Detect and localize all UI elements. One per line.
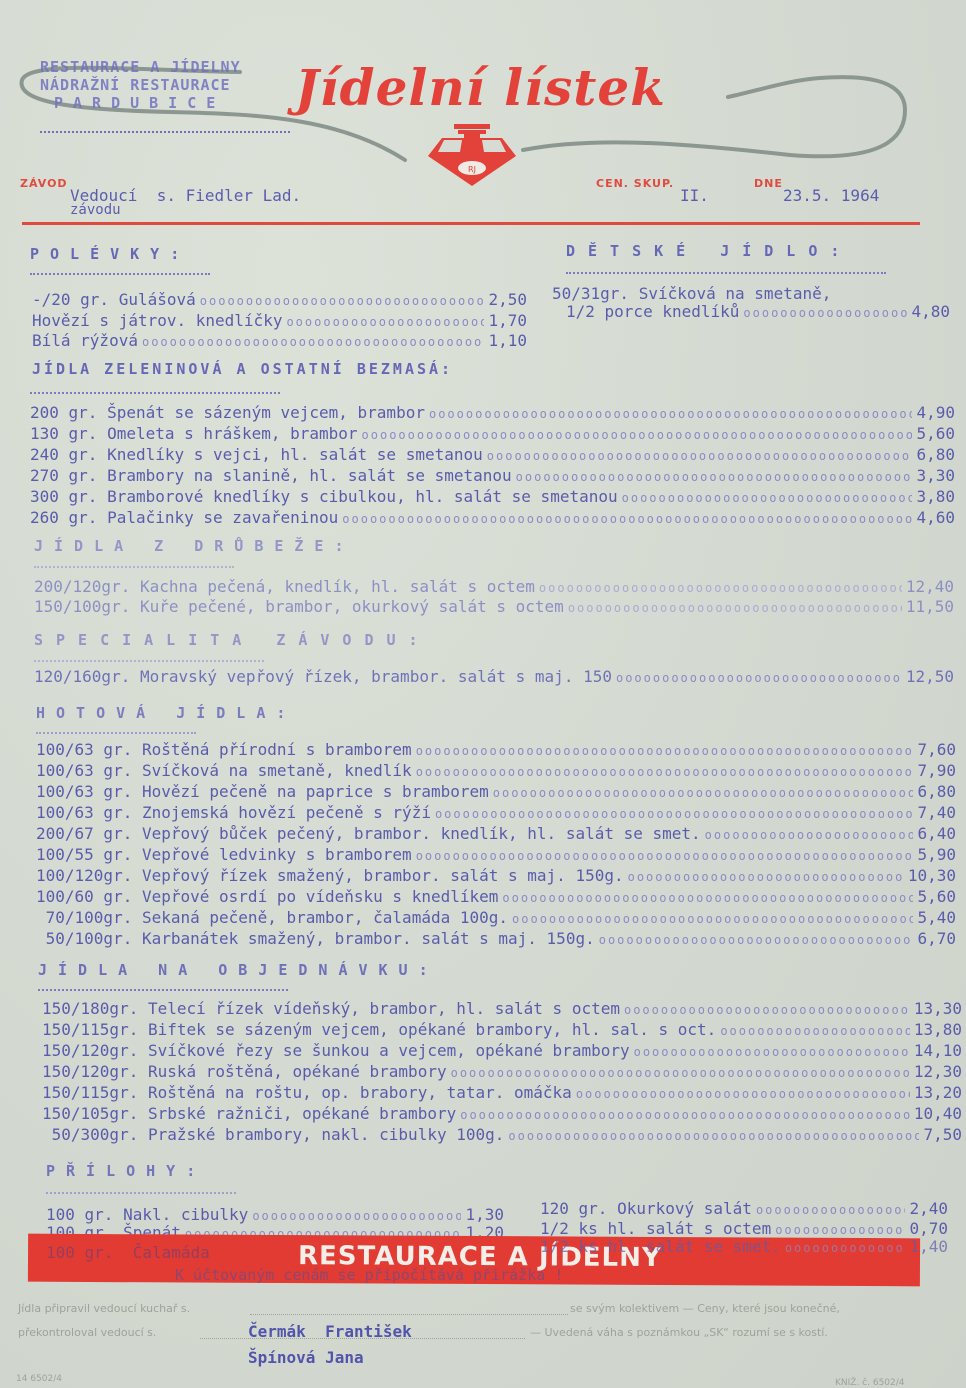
zavod-label: ZÁVOD xyxy=(20,177,68,190)
item-weight: 260 gr. xyxy=(30,507,97,528)
leader-dots xyxy=(743,303,907,324)
footer-weight-note: — Uvedená váha s poznámkou „SK“ rozumí s… xyxy=(530,1326,828,1339)
item-price: 3,30 xyxy=(916,465,955,486)
item-price: 14,10 xyxy=(914,1040,962,1061)
section-rule xyxy=(38,989,288,991)
section-rule xyxy=(46,1192,236,1194)
item-name: Sekaná pečeně, brambor, čalamáda 100g. xyxy=(142,907,508,928)
menu-item: 300 gr. Bramborové knedlíky s cibulkou, … xyxy=(30,486,955,509)
section-rule xyxy=(36,732,196,734)
item-name: Gulášová xyxy=(119,289,196,310)
menu-item: 100/60 gr. Vepřové osrdí po vídeňsku s k… xyxy=(36,886,956,909)
section-rule xyxy=(30,273,210,275)
leader-dots xyxy=(502,888,913,909)
item-name: Biftek se sázeným vejcem, opékané brambo… xyxy=(148,1019,716,1040)
item-name: Hovězí pečeně na paprice s bramborem xyxy=(142,781,489,802)
item-price: 11,50 xyxy=(906,596,954,617)
item-name: Roštěná na roštu, op. brabory, tatar. om… xyxy=(148,1082,572,1103)
item-weight: 100/60 gr. xyxy=(36,886,132,907)
side-item: 1/2 ks hl. salát se smet.1,40 xyxy=(540,1236,948,1259)
restaurant-emblem-icon: RJ xyxy=(424,122,520,188)
leader-dots xyxy=(599,930,914,951)
item-weight: 150/180gr. xyxy=(42,998,138,1019)
leader-dots xyxy=(508,1126,919,1147)
menu-item: 100/55 gr. Vepřové ledvinky s bramborem5… xyxy=(36,844,956,867)
item-name: 1/2 porce knedlíků xyxy=(566,301,739,322)
item-price: 4,90 xyxy=(916,402,955,423)
item-name: Vepřový řízek smažený, brambor. salát s … xyxy=(142,865,624,886)
item-name: Špenát se sázeným vejcem, brambor xyxy=(107,402,425,423)
leader-dots xyxy=(460,1105,910,1126)
item-price: 13,20 xyxy=(914,1082,962,1103)
item-weight: 100/55 gr. xyxy=(36,844,132,865)
item-name: Pražské brambory, nakl. cibulky 100g. xyxy=(148,1124,504,1145)
menu-item: 120/160gr. Moravský vepřový řízek, bramb… xyxy=(34,666,954,689)
item-weight: 200/120gr. xyxy=(34,576,130,597)
menu-item: 150/180gr. Telecí řízek vídeňský, brambo… xyxy=(42,998,962,1021)
item-name: Bramborové knedlíky s cibulkou, hl. salá… xyxy=(107,486,618,507)
item-weight: 100/63 gr. xyxy=(36,739,132,760)
zavod-value-line-2: závodu xyxy=(70,202,121,218)
leader-dots xyxy=(705,825,914,846)
leader-dots xyxy=(142,332,485,353)
item-price: 6,70 xyxy=(917,928,956,949)
section-rule xyxy=(30,392,280,394)
item-name: Hovězí s játrov. knedlíčky xyxy=(32,310,282,331)
menu-item: 100/63 gr. Znojemská hovězí pečeně s rýž… xyxy=(36,802,956,825)
form-code: 14 6502/4 xyxy=(16,1374,62,1384)
item-name: Ruská roštěná, opékané brambory xyxy=(148,1061,447,1082)
menu-item: 150/120gr. Svíčkové řezy se šunkou a vej… xyxy=(42,1040,962,1063)
item-weight: 150/120gr. xyxy=(42,1061,138,1082)
cen-skup-label: CEN. SKUP. xyxy=(596,177,674,190)
leader-dots xyxy=(568,598,902,619)
item-weight: 1/2 ks xyxy=(540,1236,598,1257)
item-price: 5,90 xyxy=(917,844,956,865)
menu-item: 260 gr. Palačinky se zavařeninou4,60 xyxy=(30,507,955,530)
item-weight: 100/63 gr. xyxy=(36,802,132,823)
section-title-detske: DĚTSKÉ JÍDLO: xyxy=(566,242,852,260)
item-name: Okurkový salát xyxy=(617,1198,752,1219)
leader-dots xyxy=(200,291,485,312)
item-name: Roštěná přírodní s bramborem xyxy=(142,739,412,760)
item-name: Omeleta s hráškem, brambor xyxy=(107,423,357,444)
item-price: 13,80 xyxy=(914,1019,962,1040)
item-price: 12,50 xyxy=(906,666,954,687)
leader-dots xyxy=(576,1084,910,1105)
leader-dots xyxy=(416,846,914,867)
footer-prepared-note: se svým kolektivem — Ceny, které jsou ko… xyxy=(570,1302,840,1315)
item-weight: 100/63 gr. xyxy=(36,781,132,802)
item-weight: 130 gr. xyxy=(30,423,97,444)
item-name: Bílá rýžová xyxy=(32,330,138,351)
leader-dots xyxy=(616,668,902,689)
signature-cook: Čermák František xyxy=(248,1322,412,1341)
item-price: 10,40 xyxy=(914,1103,962,1124)
svg-text:RJ: RJ xyxy=(468,165,476,174)
item-weight: 150/105gr. xyxy=(42,1103,138,1124)
item-price: 5,60 xyxy=(917,886,956,907)
section-title-polevky: POLÉVKY: xyxy=(30,245,190,263)
item-price: 4,80 xyxy=(911,301,950,322)
header-divider xyxy=(22,222,920,225)
leader-dots xyxy=(487,446,913,467)
menu-item: -/20 gr. Gulášová 2,50 xyxy=(32,289,527,312)
item-name: Znojemská hovězí pečeně s rýží xyxy=(142,802,431,823)
section-rule xyxy=(34,566,234,568)
menu-item: 240 gr. Knedlíky s vejci, hl. salát se s… xyxy=(30,444,955,467)
leader-dots xyxy=(622,488,913,509)
menu-item: 130 gr. Omeleta s hráškem, brambor5,60 xyxy=(30,423,955,446)
item-name: Srbské ražniči, opékané brambory xyxy=(148,1103,456,1124)
item-price: 7,40 xyxy=(917,802,956,823)
signature-manager: Špínová Jana xyxy=(248,1348,364,1367)
item-weight: 150/115gr. xyxy=(42,1082,138,1103)
item-name: Svíčkové řezy se šunkou a vejcem, opékan… xyxy=(148,1040,630,1061)
item-weight: 120 gr. xyxy=(540,1198,607,1219)
item-price: 12,30 xyxy=(914,1061,962,1082)
item-price: 6,80 xyxy=(917,781,956,802)
item-weight: 100/120gr. xyxy=(36,865,132,886)
leader-dots xyxy=(516,467,913,488)
item-price: 1,40 xyxy=(909,1236,948,1257)
item-price: 10,30 xyxy=(908,865,956,886)
item-price: 1,70 xyxy=(488,310,527,331)
item-price: 1,10 xyxy=(488,330,527,351)
item-name: Kuře pečené, brambor, okurkový salát s o… xyxy=(140,596,564,617)
item-price: 6,80 xyxy=(916,444,955,465)
item-name: Telecí řízek vídeňský, brambor, hl. salá… xyxy=(148,998,620,1019)
footer-blank-line xyxy=(250,1314,568,1315)
item-price: 7,90 xyxy=(917,760,956,781)
section-rule xyxy=(34,660,264,662)
stamp-line-2: NÁDRAŽNÍ RESTAURACE xyxy=(40,76,241,94)
leader-dots xyxy=(362,425,913,446)
item-name: Čalamáda xyxy=(133,1242,210,1263)
stamp-underline xyxy=(40,131,290,133)
item-weight: 50/300gr. xyxy=(42,1124,138,1145)
menu-item: 100/120gr. Vepřový řízek smažený, brambo… xyxy=(36,865,956,888)
item-name: Vepřové ledvinky s bramborem xyxy=(142,844,412,865)
menu-item: 50/300gr. Pražské brambory, nakl. cibulk… xyxy=(42,1124,962,1147)
leader-dots xyxy=(634,1042,910,1063)
item-weight: 200 gr. xyxy=(30,402,97,423)
item-price: 5,60 xyxy=(916,423,955,444)
leader-dots xyxy=(416,762,914,783)
item-name: Karbanátek smažený, brambor. salát s maj… xyxy=(142,928,595,949)
item-weight: 100/63 gr. xyxy=(36,760,132,781)
item-name: Svíčková na smetaně, knedlík xyxy=(142,760,412,781)
item-weight: 150/120gr. xyxy=(42,1040,138,1061)
menu-item-detske-line-2: 1/2 porce knedlíků 4,80 xyxy=(566,301,950,324)
leader-dots xyxy=(720,1021,910,1042)
section-rule xyxy=(566,272,886,274)
item-weight: 200/67 gr. xyxy=(36,823,132,844)
restaurant-stamp: RESTAURACE A JÍDELNY NÁDRAŽNÍ RESTAURACE… xyxy=(40,58,241,112)
item-weight: 270 gr. xyxy=(30,465,97,486)
menu-item: 100/63 gr. Roštěná přírodní s bramborem7… xyxy=(36,739,956,762)
menu-item: 150/115gr. Biftek se sázeným vejcem, opé… xyxy=(42,1019,962,1042)
section-title-objednavka: JÍDLA NA OBJEDNÁVKU: xyxy=(38,961,439,979)
item-weight: -/20 gr. xyxy=(32,289,109,310)
menu-item: 150/115gr. Roštěná na roštu, op. brabory… xyxy=(42,1082,962,1105)
section-title-zeleninova: JÍDLA ZELENINOVÁ A OSTATNÍ BEZMASÁ: xyxy=(32,360,453,378)
date-value: 23.5. 1964 xyxy=(783,186,879,205)
item-price: 12,40 xyxy=(906,576,954,597)
footer-prepared-label: Jídla připravil vedoucí kuchař s. xyxy=(18,1302,190,1315)
item-name: Knedlíky s vejci, hl. salát se smetanou xyxy=(107,444,483,465)
item-weight: 240 gr. xyxy=(30,444,97,465)
item-name: Vepřový bůček pečený, brambor. knedlík, … xyxy=(142,823,701,844)
section-title-drubez: JÍDLA Z DRŮBEŽE: xyxy=(34,537,355,555)
item-name: hl. salát se smet. xyxy=(607,1236,780,1257)
page-title: Jídelní lístek xyxy=(295,58,666,117)
leader-dots xyxy=(429,404,913,425)
item-price: 7,50 xyxy=(923,1124,962,1145)
item-weight: 300 gr. xyxy=(30,486,97,507)
section-title-prilohy: PŘÍLOHY: xyxy=(46,1162,206,1180)
item-weight: 50/100gr. xyxy=(36,928,132,949)
item-name: Moravský vepřový řízek, brambor. salát s… xyxy=(140,666,612,687)
leader-dots xyxy=(628,867,904,888)
menu-item: 70/100gr. Sekaná pečeně, brambor, čalamá… xyxy=(36,907,956,930)
leader-dots xyxy=(435,804,914,825)
dne-label: DNE xyxy=(754,177,783,190)
leader-dots xyxy=(493,783,914,804)
item-price: 2,50 xyxy=(488,289,527,310)
item-weight: 150/115gr. xyxy=(42,1019,138,1040)
side-item-overprinted: 100 gr. Čalamáda xyxy=(46,1242,406,1263)
item-name: Kachna pečená, knedlík, hl. salát s octe… xyxy=(140,576,535,597)
item-weight: 150/100gr. xyxy=(34,596,130,617)
item-price: 13,30 xyxy=(914,998,962,1019)
leader-dots xyxy=(624,1000,910,1021)
menu-item: 100/63 gr. Hovězí pečeně na paprice s br… xyxy=(36,781,956,804)
leader-dots xyxy=(451,1063,910,1084)
item-name: Vepřové osrdí po vídeňsku s knedlíkem xyxy=(142,886,498,907)
item-price: 4,60 xyxy=(916,507,955,528)
menu-item: 150/100gr. Kuře pečené, brambor, okurkov… xyxy=(34,596,954,619)
section-title-hotova: HOTOVÁ JÍDLA: xyxy=(36,704,296,722)
leader-dots xyxy=(416,741,914,762)
item-price: 7,60 xyxy=(917,739,956,760)
item-weight: 120/160gr. xyxy=(34,666,130,687)
menu-item: 100/63 gr. Svíčková na smetaně, knedlík7… xyxy=(36,760,956,783)
cen-skup-value: II. xyxy=(680,186,709,205)
menu-item: 200 gr. Špenát se sázeným vejcem, brambo… xyxy=(30,402,955,425)
surcharge-note: K účtovaným cenám se připočítává přirážk… xyxy=(175,1266,563,1284)
stamp-line-3: PARDUBICE xyxy=(40,94,241,112)
leader-dots xyxy=(785,1238,906,1259)
stamp-line-1: RESTAURACE A JÍDELNY xyxy=(40,58,241,76)
menu-item: 270 gr. Brambory na slanině, hl. salát s… xyxy=(30,465,955,488)
item-weight: 70/100gr. xyxy=(36,907,132,928)
leader-dots xyxy=(512,909,913,930)
form-code-right: KNIŽ. č. 6502/4 xyxy=(835,1378,905,1388)
item-weight: 100 gr. xyxy=(46,1242,113,1263)
item-price: 2,40 xyxy=(909,1198,948,1219)
item-price: 5,40 xyxy=(917,907,956,928)
menu-item: 200/67 gr. Vepřový bůček pečený, brambor… xyxy=(36,823,956,846)
menu-item: 150/120gr. Ruská roštěná, opékané brambo… xyxy=(42,1061,962,1084)
item-name: Brambory na slanině, hl. salát se smetan… xyxy=(107,465,512,486)
footer-checked-label: překontroloval vedoucí s. xyxy=(18,1326,156,1339)
leader-dots xyxy=(342,509,912,530)
menu-item: 50/100gr. Karbanátek smažený, brambor. s… xyxy=(36,928,956,951)
item-name: Palačinky se zavařeninou xyxy=(107,507,338,528)
item-price: 6,40 xyxy=(917,823,956,844)
section-title-specialita: SPECIALITA ZÁVODU: xyxy=(34,631,431,649)
item-price: 3,80 xyxy=(916,486,955,507)
menu-item: Bílá rýžová 1,10 xyxy=(32,330,527,353)
menu-item: 150/105gr. Srbské ražniči, opékané bramb… xyxy=(42,1103,962,1126)
